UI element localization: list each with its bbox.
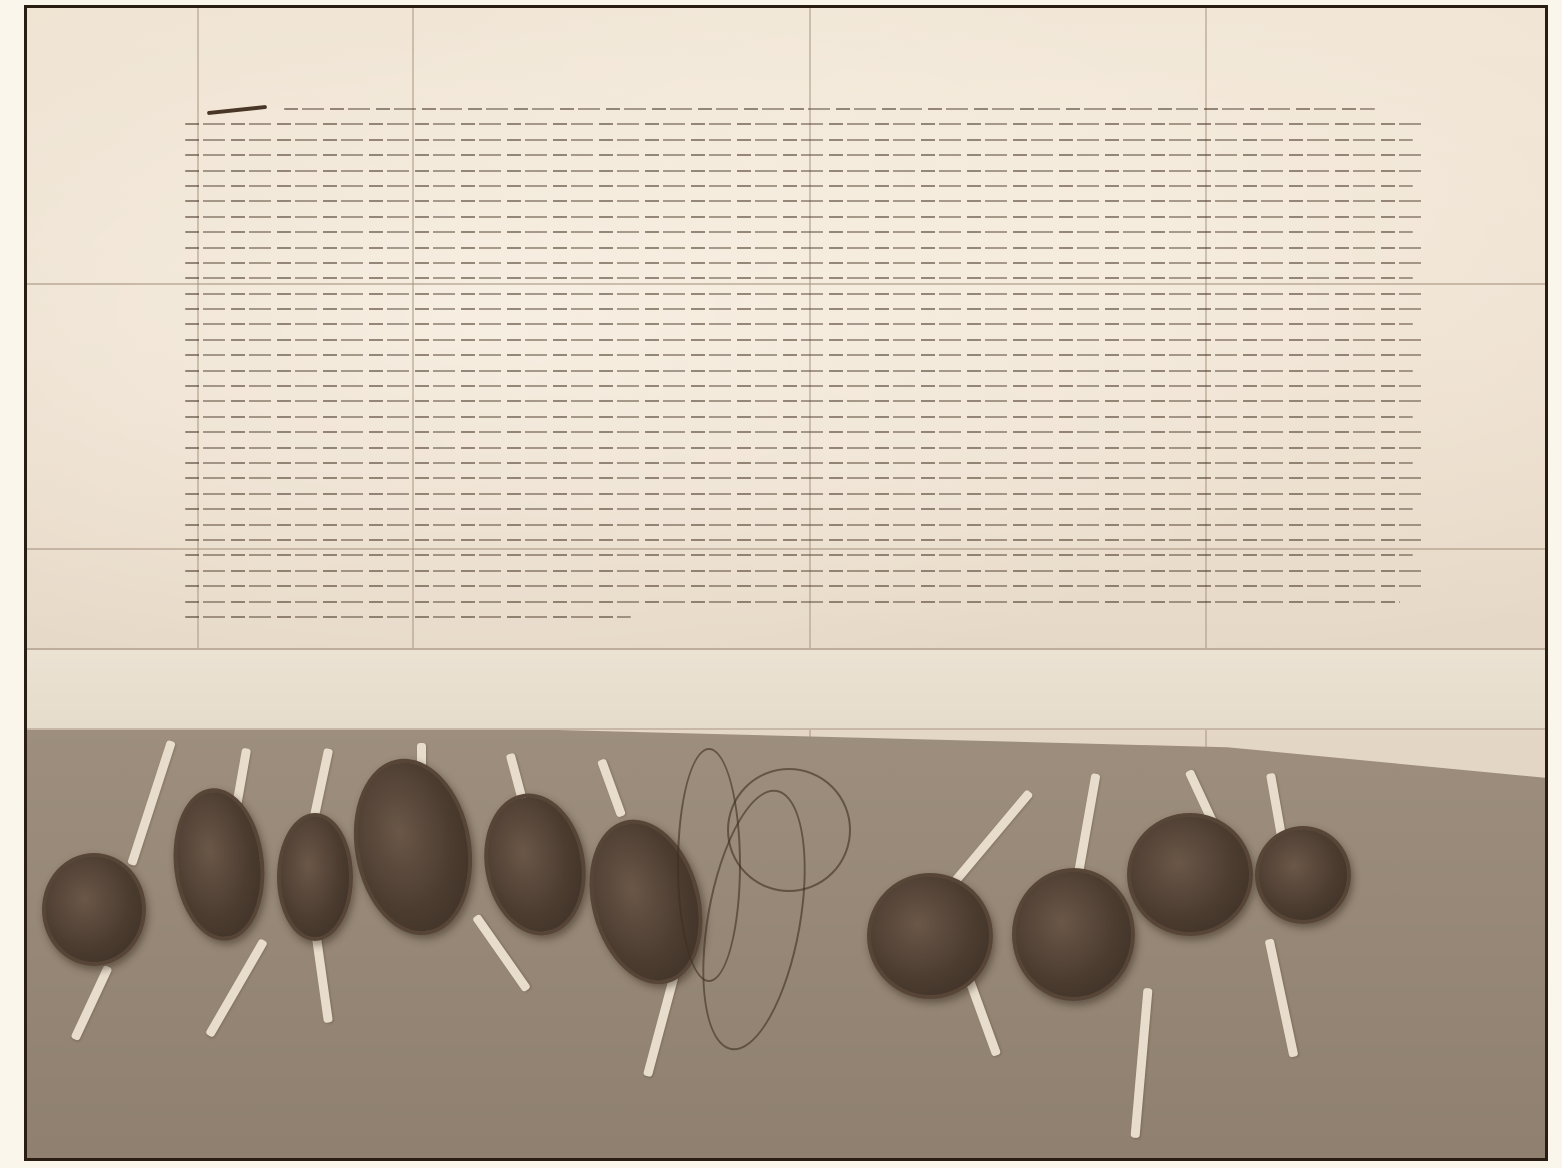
seal-tag: [71, 965, 113, 1041]
seal-tag: [1073, 773, 1101, 883]
wax-seal: [42, 853, 146, 966]
wax-seal: [1255, 826, 1351, 924]
seal-tag: [1130, 988, 1152, 1138]
handwritten-text-block: [185, 108, 1425, 643]
loose-silk-cord: [727, 768, 851, 892]
wax-seal: [166, 784, 271, 946]
seal-tag: [310, 748, 333, 818]
wax-seal: [867, 873, 993, 999]
plica-fold: [27, 648, 1547, 730]
seal-tag: [205, 938, 268, 1038]
seal-tag: [1265, 938, 1299, 1057]
seal-tag: [949, 789, 1033, 887]
wax-seal: [340, 749, 485, 944]
wax-seal: [277, 813, 353, 941]
wax-seal: [1012, 868, 1135, 1001]
wax-seal: [473, 785, 596, 943]
seal-tag: [127, 740, 176, 866]
seal-tag: [597, 758, 626, 817]
wax-seal: [1127, 813, 1253, 936]
seal-tag: [643, 969, 680, 1078]
photo-frame: Sepia photograph of a medieval parchment…: [24, 5, 1548, 1161]
